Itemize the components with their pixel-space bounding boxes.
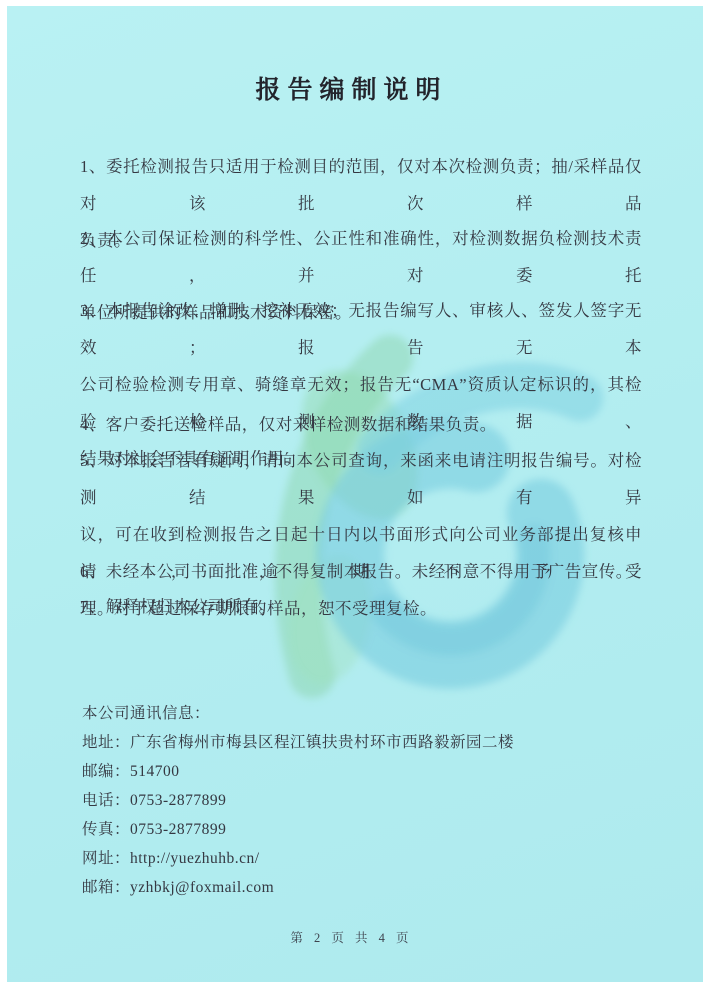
contact-line-website: 网址：http://yuezhuhb.cn/ [82,844,642,873]
paragraph-line: 3、本报告涂改、增删、挖补无效；无报告编写人、审核人、签发人签字无效；报告无本 [80,292,642,366]
page-title: 报告编制说明 [0,70,703,106]
contact-info: 本公司通讯信息： 地址：广东省梅州市梅县区程江镇扶贵村环市西路毅新园二楼 邮编：… [82,699,642,902]
paragraph-line: 6、未经本公司书面批准，不得复制本报告。未经同意不得用于广告宣传。 [80,553,642,590]
contact-line-email: 邮箱：yzhbkj@foxmail.com [82,873,642,902]
contact-line-fax: 传真：0753-2877899 [82,815,642,844]
paragraph-line: 2、本公司保证检测的科学性、公正性和准确性，对检测数据负检测技术责任，并对委托 [80,220,642,294]
contact-line-postcode: 邮编：514700 [82,757,642,786]
page-footer: 第 2 页 共 4 页 [0,928,703,946]
paragraph-line: 5、对本报告若有疑问，请向本公司查询，来函来电请注明报告编号。对检测结果如有异 [80,442,642,516]
paragraph-line: 1、委托检测报告只适用于检测目的范围，仅对本次检测负责；抽/采样品仅对该批次样品 [80,148,642,222]
contact-line-phone: 电话：0753-2877899 [82,786,642,815]
contact-heading: 本公司通讯信息： [82,699,642,728]
contact-line-address: 地址：广东省梅州市梅县区程江镇扶贵村环市西路毅新园二楼 [82,728,642,757]
notice-item-7: 7、解释权归本公司所有。 [80,588,642,625]
notice-item-6: 6、未经本公司书面批准，不得复制本报告。未经同意不得用于广告宣传。 [80,553,642,590]
paragraph-line: 4、客户委托送检样品，仅对来样检测数据和结果负责。 [80,406,642,443]
notice-item-4: 4、客户委托送检样品，仅对来样检测数据和结果负责。 [80,406,642,443]
paragraph-line: 7、解释权归本公司所有。 [80,588,642,625]
